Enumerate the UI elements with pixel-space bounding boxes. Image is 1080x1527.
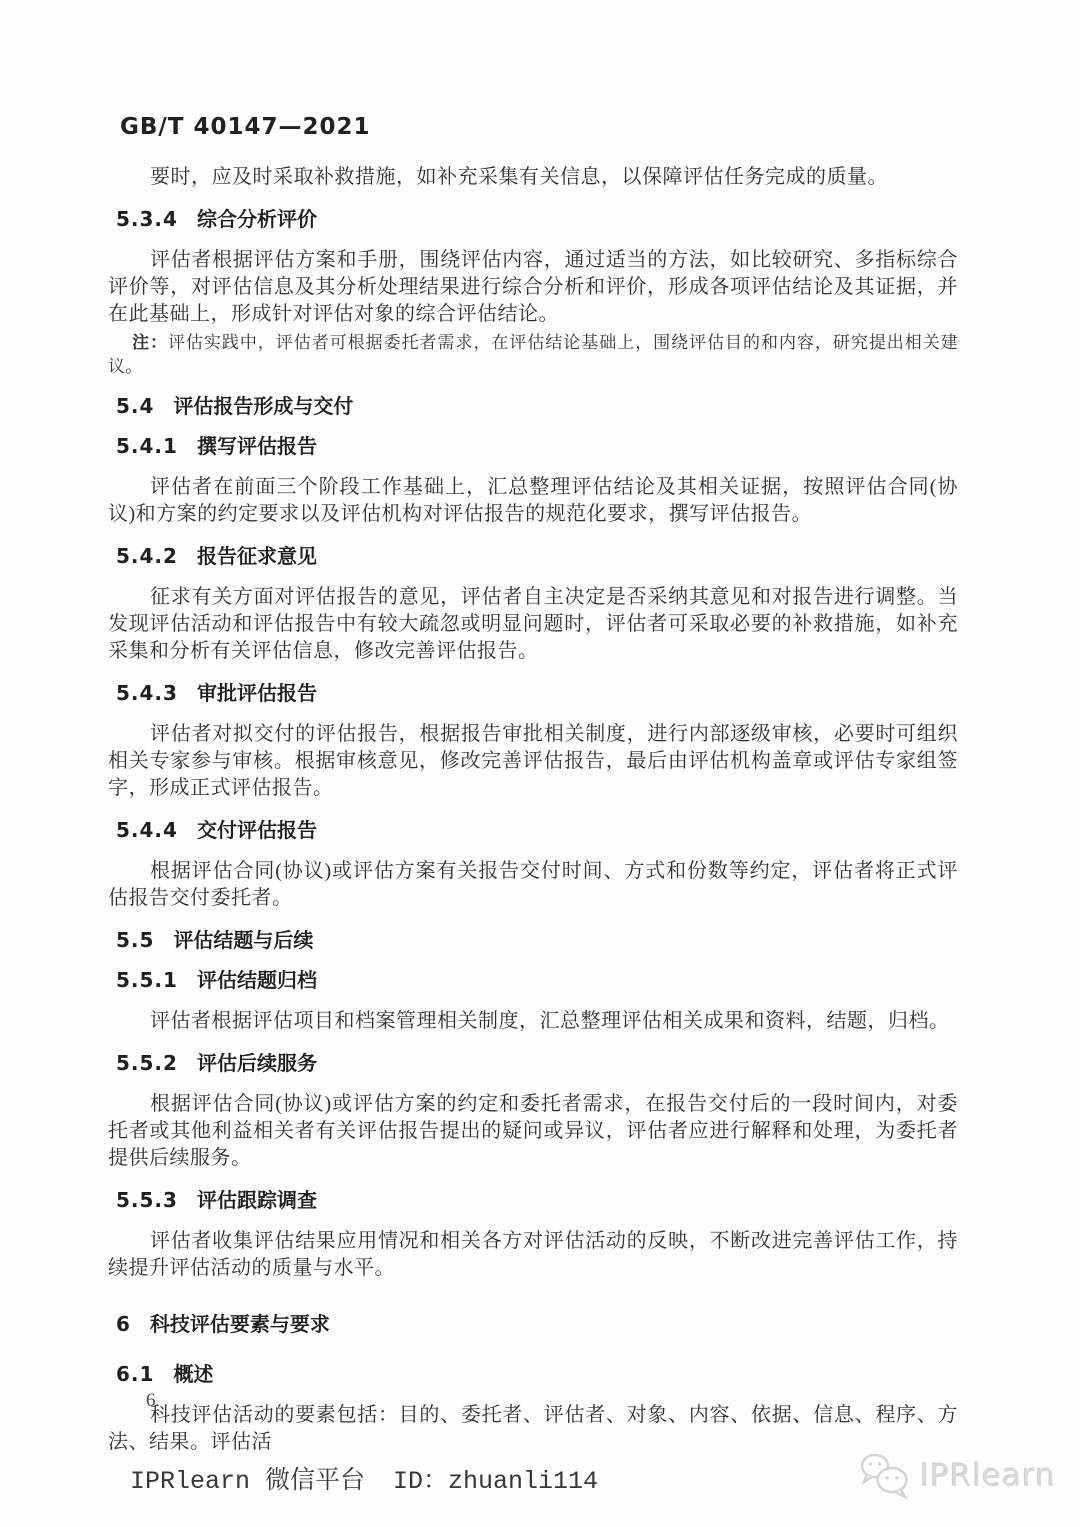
- section-number: 5.4: [116, 394, 154, 418]
- section-number: 5.5: [116, 928, 154, 952]
- paragraph-5-4-1: 评估者在前面三个阶段工作基础上，汇总整理评估结论及其相关证据，按照评估合同(协议…: [108, 474, 958, 528]
- section-title: 评估结题归档: [197, 968, 317, 992]
- paragraph-5-5-1: 评估者根据评估项目和档案管理相关制度，汇总整理评估相关成果和资料，结题，归档。: [108, 1008, 958, 1035]
- section-title: 审批评估报告: [197, 681, 317, 705]
- watermark-brand-text: IPRlearn: [920, 1458, 1056, 1494]
- paragraph-6-1: 科技评估活动的要素包括：目的、委托者、评估者、对象、内容、依据、信息、程序、方法…: [108, 1402, 958, 1456]
- note-text: 评估实践中，评估者可根据委托者需求，在评估结论基础上，围绕评估目的和内容，研究提…: [108, 333, 958, 376]
- paragraph-5-4-3: 评估者对拟交付的评估报告，根据报告审批相关制度，进行内部逐级审核，必要时可组织相…: [108, 721, 958, 802]
- page-content: GB/T 40147—2021 要时，应及时采取补救措施，如补充采集有关信息，以…: [108, 114, 958, 1456]
- section-heading-5-5: 5.5评估结题与后续: [116, 928, 958, 952]
- section-number: 5.3.4: [116, 207, 178, 231]
- paragraph-5-4-2: 征求有关方面对评估报告的意见，评估者自主决定是否采纳其意见和对报告进行调整。当发…: [108, 584, 958, 665]
- chapter-heading-6: 6科技评估要素与要求: [116, 1312, 958, 1336]
- section-heading-5-3-4: 5.3.4综合分析评价: [116, 207, 958, 231]
- paragraph-5-3-4: 评估者根据评估方案和手册，围绕评估内容，通过适当的方法，如比较研究、多指标综合评…: [108, 247, 958, 328]
- paragraph-5-5-3: 评估者收集评估结果应用情况和相关各方对评估活动的反映，不断改进完善评估工作，持续…: [108, 1228, 958, 1282]
- section-title: 评估跟踪调查: [197, 1188, 317, 1212]
- section-title: 科技评估要素与要求: [150, 1312, 330, 1336]
- section-number: 6: [116, 1312, 131, 1336]
- document-page: GB/T 40147—2021 要时，应及时采取补救措施，如补充采集有关信息，以…: [0, 0, 1080, 1527]
- footer-platform-text: IPRlearn 微信平台: [130, 1467, 365, 1496]
- section-heading-6-1: 6.1概述: [116, 1362, 958, 1386]
- section-number: 5.4.1: [116, 434, 178, 458]
- section-number: 5.4.4: [116, 818, 178, 842]
- section-number: 6.1: [116, 1362, 154, 1386]
- footer-watermark-line: IPRlearn 微信平台ID：zhuanli114: [130, 1460, 598, 1496]
- section-number: 5.5.1: [116, 968, 178, 992]
- section-heading-5-4-3: 5.4.3审批评估报告: [116, 681, 958, 705]
- page-number: 6: [146, 1390, 156, 1412]
- section-number: 5.4.2: [116, 544, 178, 568]
- section-title: 评估结题与后续: [173, 928, 313, 952]
- section-heading-5-5-1: 5.5.1评估结题归档: [116, 968, 958, 992]
- section-title: 概述: [173, 1362, 213, 1386]
- section-number: 5.5.2: [116, 1051, 178, 1075]
- note-5-3-4: 注：评估实践中，评估者可根据委托者需求，在评估结论基础上，围绕评估目的和内容，研…: [108, 331, 958, 378]
- section-heading-5-5-2: 5.5.2评估后续服务: [116, 1051, 958, 1075]
- section-heading-5-4-4: 5.4.4交付评估报告: [116, 818, 958, 842]
- section-title: 评估报告形成与交付: [173, 394, 353, 418]
- section-number: 5.4.3: [116, 681, 178, 705]
- section-heading-5-4: 5.4评估报告形成与交付: [116, 394, 958, 418]
- section-title: 综合分析评价: [197, 207, 317, 231]
- paragraph-continuation: 要时，应及时采取补救措施，如补充采集有关信息，以保障评估任务完成的质量。: [108, 164, 958, 191]
- brand-watermark: IPRlearn: [858, 1452, 1056, 1500]
- section-heading-5-4-1: 5.4.1撰写评估报告: [116, 434, 958, 458]
- note-label: 注：: [132, 333, 168, 353]
- paragraph-5-5-2: 根据评估合同(协议)或评估方案的约定和委托者需求，在报告交付后的一段时间内，对委…: [108, 1091, 958, 1172]
- section-title: 撰写评估报告: [197, 434, 317, 458]
- section-heading-5-4-2: 5.4.2报告征求意见: [116, 544, 958, 568]
- wechat-icon: [858, 1452, 914, 1500]
- standard-code-header: GB/T 40147—2021: [120, 114, 958, 140]
- paragraph-5-4-4: 根据评估合同(协议)或评估方案有关报告交付时间、方式和份数等约定，评估者将正式评…: [108, 858, 958, 912]
- section-title: 评估后续服务: [197, 1051, 317, 1075]
- section-heading-5-5-3: 5.5.3评估跟踪调查: [116, 1188, 958, 1212]
- footer-wechat-id: ID：zhuanli114: [393, 1467, 598, 1496]
- section-title: 报告征求意见: [197, 544, 317, 568]
- section-title: 交付评估报告: [197, 818, 317, 842]
- section-number: 5.5.3: [116, 1188, 178, 1212]
